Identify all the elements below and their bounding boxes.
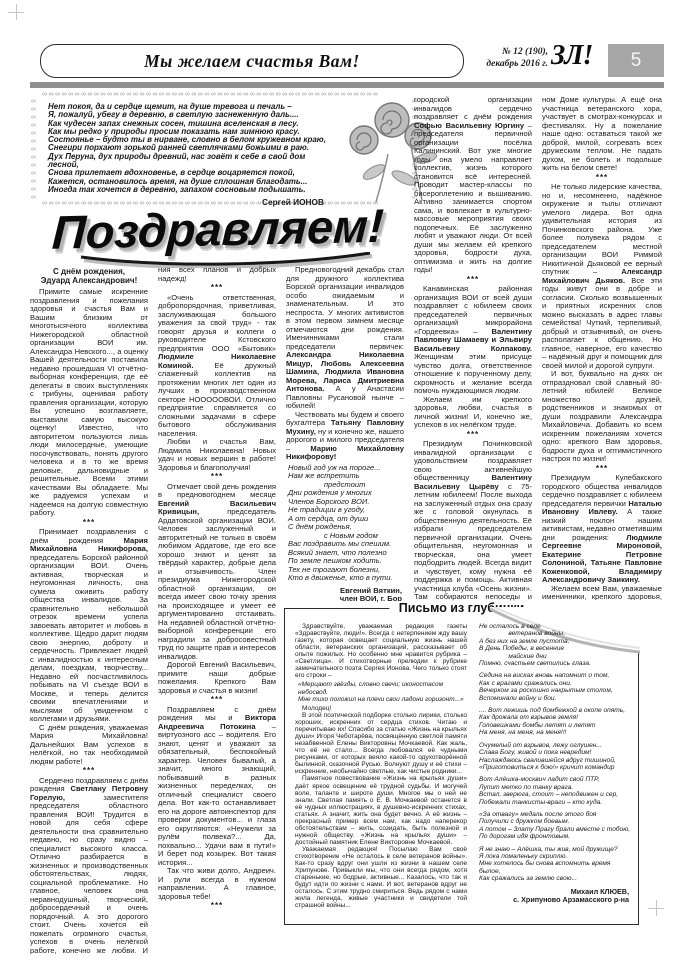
- paragraph: Не только лидерские качества, но и, несо…: [542, 183, 662, 370]
- paragraph: Президиум Кулебакского городского общест…: [542, 474, 662, 585]
- verse: «За отвагу» медаль после этого боя Получ…: [479, 811, 631, 841]
- header-rule: [30, 82, 664, 88]
- paragraph: Президиум Починковской инвалидной органи…: [414, 440, 532, 602]
- paragraph: Сердечно поздравляем с днём рождения Све…: [30, 777, 148, 955]
- verse: Нет покоя, да и сердце щемит, на душе тр…: [48, 103, 332, 194]
- crop-mark-top-left: [8, 4, 24, 20]
- separator: ***: [414, 276, 532, 285]
- verse: .... Вот лежишь под бомбежкой в окопе оп…: [479, 707, 631, 737]
- paragraph: Здравствуйте, уважаемая редакция газеты …: [295, 623, 467, 679]
- paragraph: Принимает поздравления с днём рождения М…: [30, 528, 148, 724]
- newspaper-logo: ЗЛ!: [551, 40, 592, 72]
- paragraph: Любви и счастья Вам, Людмила Николаевна!…: [158, 438, 276, 472]
- column-1: С днём рождения, Эдуард Александрович!Пр…: [30, 266, 148, 954]
- poem-box: ∞∞∞∞∞∞∞∞∞∞∞∞∞∞∞∞∞∞∞∞∞∞∞∞∞∞∞∞∞∞∞∞∞∞∞∞∞∞∞∞…: [30, 90, 422, 208]
- ornament-border-left: ∞∞∞∞∞∞∞∞∞∞∞∞∞: [31, 98, 40, 200]
- paragraph: Чествовать мы будем и своего бухгалтера …: [286, 411, 404, 462]
- paragraph: В этой поэтической подборке столько лири…: [295, 712, 467, 775]
- letter-from-hinterland-box: Письмо из глубинки Здравствуйте, уважаем…: [284, 608, 639, 925]
- separator: ***: [30, 519, 148, 528]
- letter-section-title: Письмо из глубинки: [389, 601, 534, 615]
- paragraph: Отмечает свой день рождения в преднового…: [158, 483, 276, 662]
- issue-date: декабрь 2016 г.: [468, 59, 548, 71]
- separator: ***: [158, 902, 276, 911]
- paragraph: Канавинская районная организация ВОИ от …: [414, 285, 532, 396]
- separator: ***: [30, 767, 148, 776]
- paragraph: Памятное повествование «Жизнь на крыльях…: [295, 775, 467, 845]
- verse: Седина на висках вновь напомнит о том, К…: [479, 672, 631, 702]
- paragraph: И вот, буквально на днях он отпраздновал…: [542, 370, 662, 464]
- paragraph: ном Доме культуры. А ещё она участница в…: [542, 96, 662, 173]
- column-4: городской организации инвалидов сердечно…: [414, 96, 532, 602]
- signature: Михаил КЛЮЕВ, с. Хрипуново Арзамасского …: [479, 888, 629, 904]
- verse: «Мерцают звёзды, словно свечи; иконостас…: [298, 681, 467, 703]
- paragraph: С днём рождения, уважаемая Мария Михайло…: [30, 724, 148, 767]
- separator: ***: [158, 473, 276, 482]
- verse: Я не знаю – Алёшка, ты жив, мой дружище?…: [479, 846, 631, 883]
- verse: Очумелый от взрывов, лежу оглушен... Сла…: [479, 742, 631, 772]
- separator: ***: [414, 431, 532, 440]
- newspaper-page: { "meta": { "separator": "***", "ornamen…: [0, 0, 680, 962]
- separator: ***: [542, 465, 662, 474]
- paragraph: «Очень ответственная, добропорядочная, п…: [158, 294, 276, 439]
- paragraph: Дорогой Евгений Васильевич, примите наши…: [158, 661, 276, 695]
- paragraph: городской организации инвалидов сердечно…: [414, 96, 532, 275]
- separator: ***: [542, 174, 662, 183]
- paragraph: Поздравляем с днём рождения мы и Виктора…: [158, 706, 276, 868]
- issue-number: № 12 (190),: [468, 47, 548, 59]
- verse: Новый год уж на пороге... Нам же встрети…: [288, 464, 404, 583]
- greeting-heading: С днём рождения, Эдуард Александрович!: [30, 267, 148, 285]
- paragraph: Уважаемая редакция! Посылаю Вам своё сти…: [295, 846, 467, 909]
- paragraph: ния всех планов и добрых надежд!: [158, 266, 276, 283]
- signature: Евгений Вяткин, член ВОИ, г. Бор: [286, 587, 402, 604]
- letter-poem: Не осталось в селе ветеранов войны, А бе…: [479, 623, 631, 915]
- column-2: ния всех планов и добрых надежд!***«Очен…: [158, 266, 276, 912]
- issue-info: № 12 (190), декабрь 2016 г.: [468, 47, 548, 70]
- paragraph: Желаем им крепкого здоровья, любви, счас…: [414, 396, 532, 430]
- masthead-title: Мы желаем счастья Вам!: [144, 51, 360, 72]
- paragraph: Предновогодний декабрь стал для дружного…: [286, 266, 404, 411]
- masthead-box: Мы желаем счастья Вам!: [40, 44, 464, 78]
- separator: ***: [158, 284, 276, 293]
- letter-body: Здравствуйте, уважаемая редакция газеты …: [295, 623, 467, 915]
- paragraph: Молодец!: [295, 705, 467, 712]
- separator: ***: [158, 696, 276, 705]
- verse: Не осталось в селе ветеранов войны, А бе…: [479, 623, 631, 667]
- page-number: 5: [608, 44, 664, 77]
- verse: Вот Алёшка-москвич ладит свой ПТР, Лупит…: [479, 776, 631, 806]
- column-3: Предновогодний декабрь стал для дружного…: [286, 266, 404, 604]
- paragraph: Примите самые искренние поздравления и п…: [30, 288, 148, 518]
- column-5: ном Доме культуры. А ещё она участница в…: [542, 96, 662, 600]
- lead-poem: Нет покоя, да и сердце щемит, на душе тр…: [48, 103, 332, 207]
- crop-mark-bottom-right: [648, 900, 664, 916]
- paragraph: Желаем всем Вам, уважаемые именинники, к…: [542, 585, 662, 601]
- paragraph: Так что живи долго, Андреич. И рули всег…: [158, 867, 276, 901]
